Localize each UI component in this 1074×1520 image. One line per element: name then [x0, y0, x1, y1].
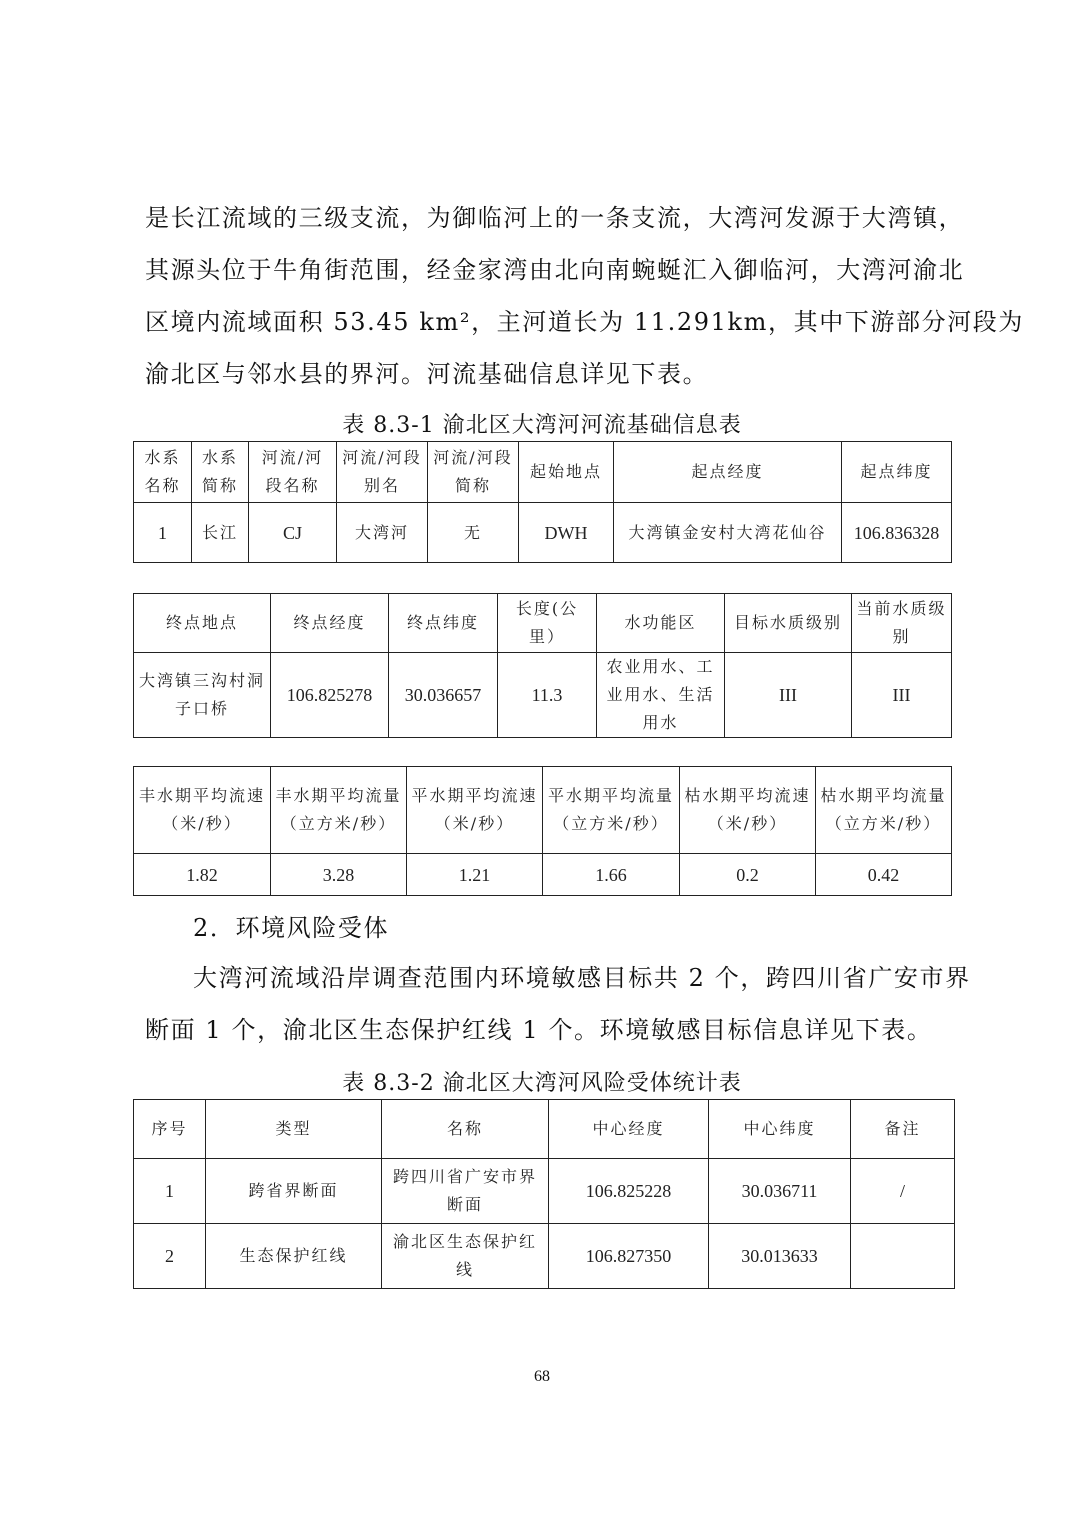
section2-line: 断面 1 个，渝北区生态保护红线 1 个。环境敏感目标信息详见下表。 [145, 1004, 945, 1056]
cell: 0.42 [816, 854, 952, 896]
header-cell: 终点地点 [134, 594, 271, 653]
river-info-table-part-b: 终点地点 终点经度 终点纬度 长度(公里） 水功能区 目标水质级别 当前水质级别… [133, 593, 952, 738]
cell: 30.036657 [389, 653, 498, 738]
header-cell: 河流/河段名称 [249, 442, 337, 503]
header-cell: 枯水期平均流量（立方米/秒） [816, 767, 952, 854]
table-row: 2 生态保护红线 渝北区生态保护红线 106.827350 30.013633 [134, 1224, 955, 1289]
header-cell: 目标水质级别 [725, 594, 852, 653]
cell: 1.82 [134, 854, 271, 896]
table-row: 1 跨省界断面 跨四川省广安市界断面 106.825228 30.036711 … [134, 1159, 955, 1224]
header-cell: 起始地点 [519, 442, 614, 503]
table2-caption: 表 8.3-2 渝北区大湾河风险受体统计表 [0, 1066, 1074, 1097]
cell: III [852, 653, 952, 738]
cell: 30.036711 [709, 1159, 851, 1224]
header-cell: 枯水期平均流速（米/秒） [680, 767, 816, 854]
header-cell: 起点经度 [614, 442, 842, 503]
cell: 11.3 [498, 653, 597, 738]
intro-line: 其源头位于牛角街范围，经金家湾由北向南蜿蜒汇入御临河，大湾河渝北 [145, 244, 945, 296]
header-cell: 水系名称 [134, 442, 192, 503]
cell: 农业用水、工业用水、生活用水 [597, 653, 725, 738]
page-number: 68 [0, 1368, 1074, 1386]
header-cell: 长度(公里） [498, 594, 597, 653]
table-header-row: 丰水期平均流速（米/秒） 丰水期平均流量（立方米/秒） 平水期平均流速（米/秒）… [134, 767, 952, 854]
river-info-table-part-c: 丰水期平均流速（米/秒） 丰水期平均流量（立方米/秒） 平水期平均流速（米/秒）… [133, 766, 952, 896]
intro-line: 渝北区与邻水县的界河。河流基础信息详见下表。 [145, 348, 945, 400]
cell: 大湾镇三沟村洞子口桥 [134, 653, 271, 738]
cell: 生态保护红线 [206, 1224, 382, 1289]
section2-paragraph: 大湾河流域沿岸调查范围内环境敏感目标共 2 个，跨四川省广安市界 断面 1 个，… [145, 952, 945, 1056]
cell: 大湾河 [337, 503, 428, 563]
cell: CJ [249, 503, 337, 563]
header-cell: 水功能区 [597, 594, 725, 653]
header-cell: 名称 [382, 1100, 549, 1159]
cell: 3.28 [271, 854, 407, 896]
table-header-row: 水系名称 水系简称 河流/河段名称 河流/河段别名 河流/河段简称 起始地点 起… [134, 442, 952, 503]
cell: DWH [519, 503, 614, 563]
cell: 1 [134, 1159, 206, 1224]
header-cell: 中心纬度 [709, 1100, 851, 1159]
cell [851, 1224, 955, 1289]
header-cell: 丰水期平均流量（立方米/秒） [271, 767, 407, 854]
header-cell: 平水期平均流速（米/秒） [407, 767, 543, 854]
header-cell: 备注 [851, 1100, 955, 1159]
cell: 30.013633 [709, 1224, 851, 1289]
intro-line: 是长江流域的三级支流，为御临河上的一条支流，大湾河发源于大湾镇， [145, 192, 945, 244]
cell: 2 [134, 1224, 206, 1289]
cell: 1 [134, 503, 192, 563]
cell: 跨四川省广安市界断面 [382, 1159, 549, 1224]
cell: III [725, 653, 852, 738]
cell: 1.66 [543, 854, 680, 896]
section-heading: 2．环境风险受体 [193, 908, 389, 943]
intro-line: 区境内流域面积 53.45 km²，主河道长为 11.291km，其中下游部分河… [145, 296, 945, 348]
cell: 106.827350 [549, 1224, 709, 1289]
header-cell: 类型 [206, 1100, 382, 1159]
header-cell: 水系简称 [192, 442, 249, 503]
table-row: 大湾镇三沟村洞子口桥 106.825278 30.036657 11.3 农业用… [134, 653, 952, 738]
cell: 106.825228 [549, 1159, 709, 1224]
cell: 渝北区生态保护红线 [382, 1224, 549, 1289]
cell: 跨省界断面 [206, 1159, 382, 1224]
cell: 0.2 [680, 854, 816, 896]
header-cell: 平水期平均流量（立方米/秒） [543, 767, 680, 854]
cell: 大湾镇金安村大湾花仙谷 [614, 503, 842, 563]
intro-paragraph: 是长江流域的三级支流，为御临河上的一条支流，大湾河发源于大湾镇， 其源头位于牛角… [145, 192, 945, 400]
header-cell: 序号 [134, 1100, 206, 1159]
table-row: 1.82 3.28 1.21 1.66 0.2 0.42 [134, 854, 952, 896]
cell: / [851, 1159, 955, 1224]
river-info-table-part-a: 水系名称 水系简称 河流/河段名称 河流/河段别名 河流/河段简称 起始地点 起… [133, 441, 952, 563]
header-cell: 中心经度 [549, 1100, 709, 1159]
cell: 1.21 [407, 854, 543, 896]
header-cell: 起点纬度 [842, 442, 952, 503]
header-cell: 河流/河段简称 [428, 442, 519, 503]
header-cell: 河流/河段别名 [337, 442, 428, 503]
table-header-row: 序号 类型 名称 中心经度 中心纬度 备注 [134, 1100, 955, 1159]
risk-receptor-table: 序号 类型 名称 中心经度 中心纬度 备注 1 跨省界断面 跨四川省广安市界断面… [133, 1099, 955, 1289]
cell: 106.825278 [271, 653, 389, 738]
header-cell: 丰水期平均流速（米/秒） [134, 767, 271, 854]
section2-line: 大湾河流域沿岸调查范围内环境敏感目标共 2 个，跨四川省广安市界 [145, 952, 945, 1004]
header-cell: 终点经度 [271, 594, 389, 653]
table1-caption: 表 8.3-1 渝北区大湾河河流基础信息表 [0, 408, 1074, 439]
cell: 无 [428, 503, 519, 563]
header-cell: 终点纬度 [389, 594, 498, 653]
table-row: 1 长江 CJ 大湾河 无 DWH 大湾镇金安村大湾花仙谷 106.836328 [134, 503, 952, 563]
cell: 长江 [192, 503, 249, 563]
cell: 106.836328 [842, 503, 952, 563]
table-header-row: 终点地点 终点经度 终点纬度 长度(公里） 水功能区 目标水质级别 当前水质级别 [134, 594, 952, 653]
header-cell: 当前水质级别 [852, 594, 952, 653]
